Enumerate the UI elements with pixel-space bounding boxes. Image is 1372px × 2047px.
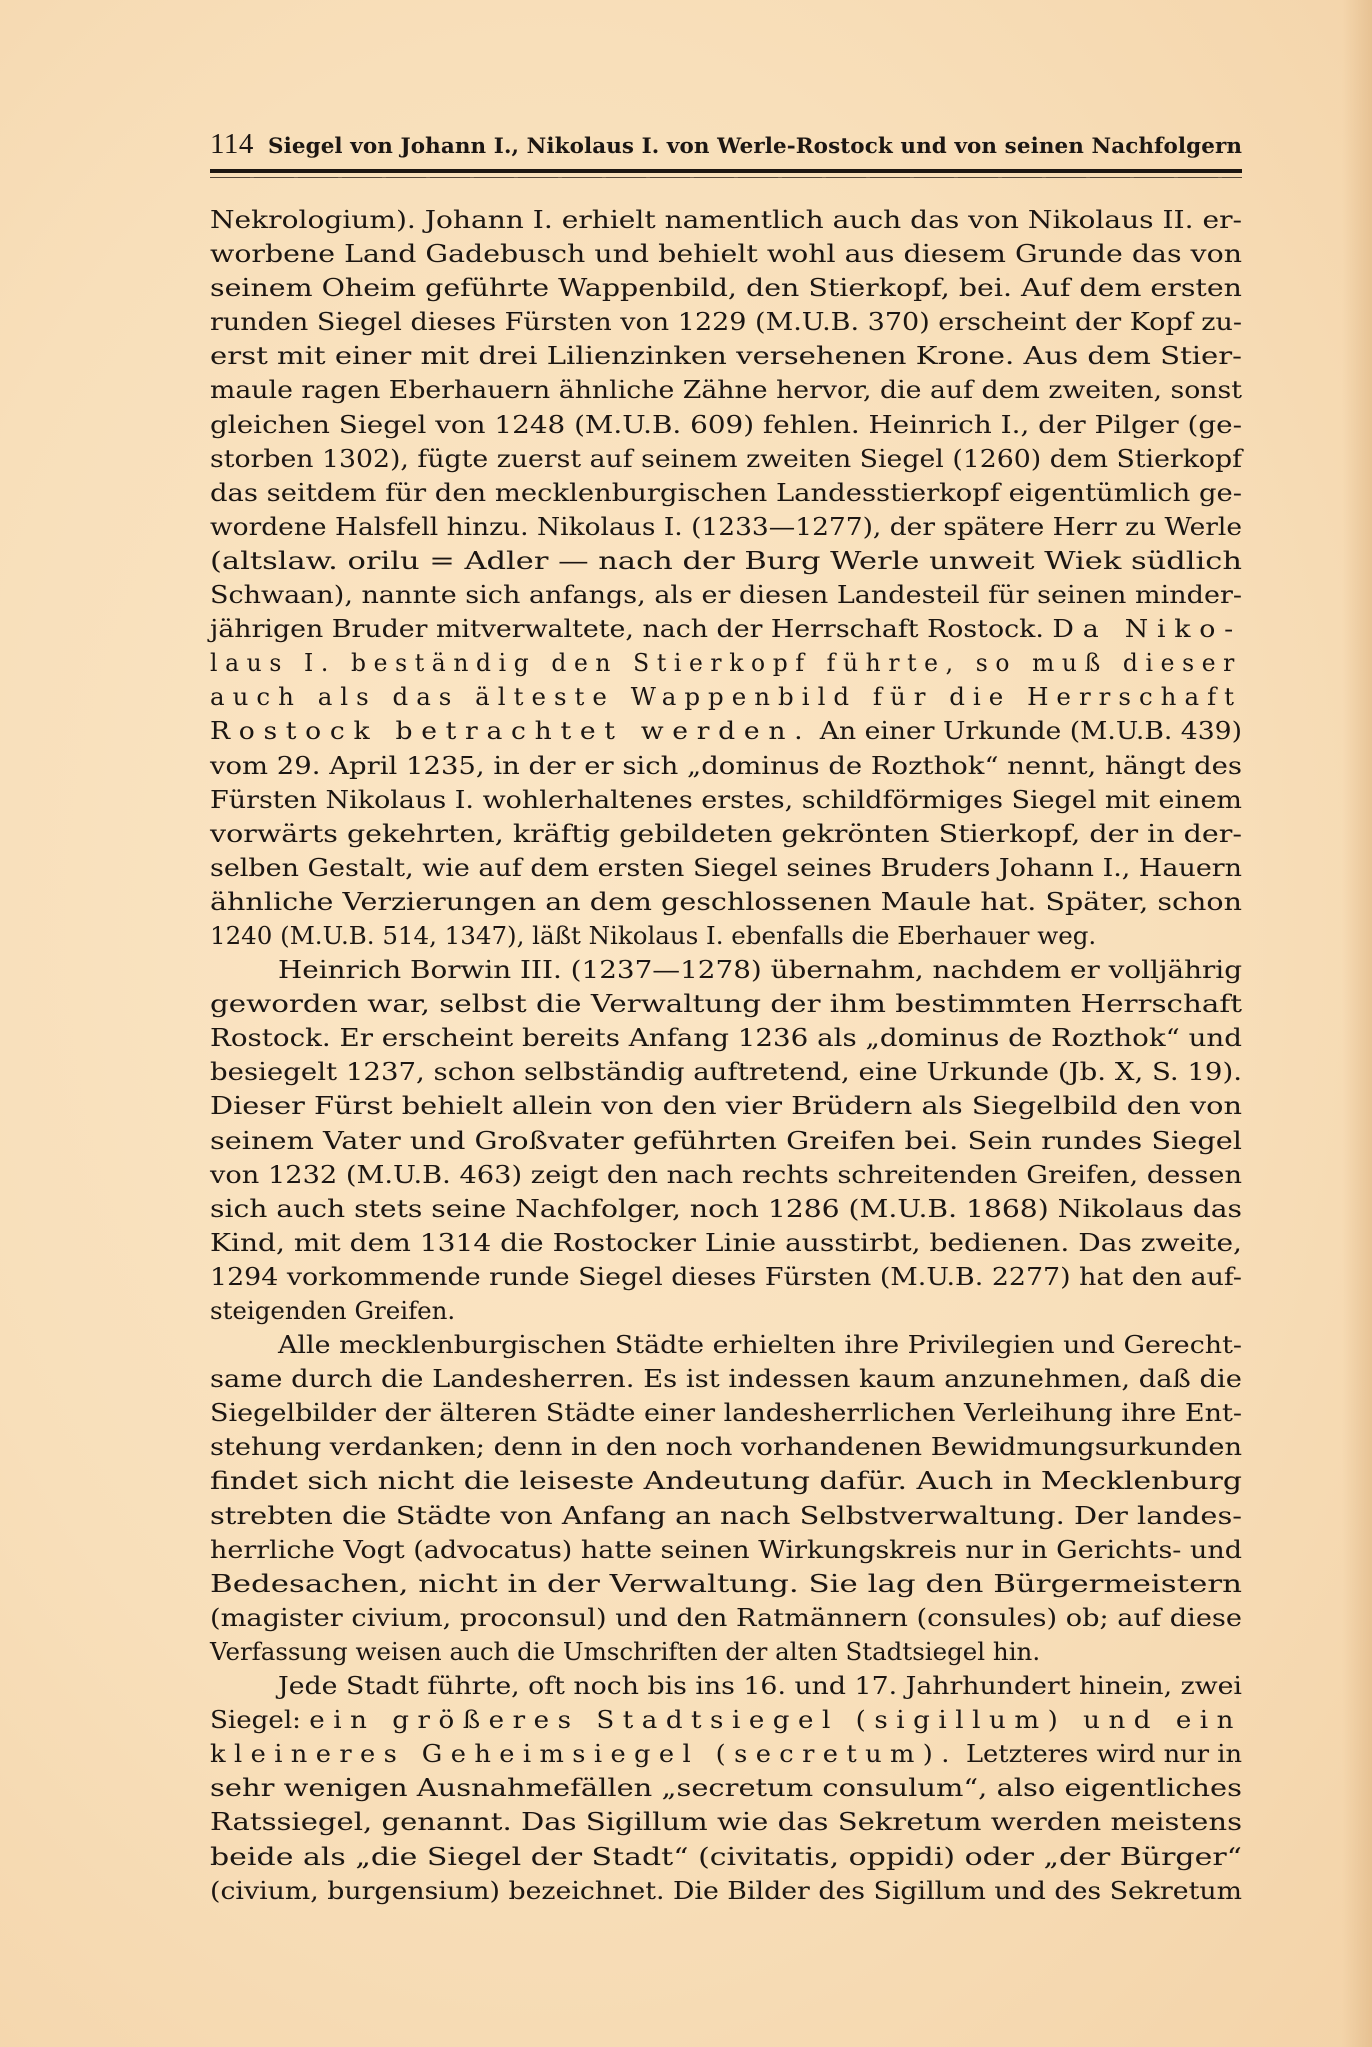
text-line: erst mit einer mit drei Lilienzinken ver…	[210, 339, 1242, 373]
text-run: Siegel:	[210, 1705, 309, 1734]
text-run: vorwärts gekehrten, kräftig gebildeten g…	[210, 819, 1242, 848]
paragraph: Jede Stadt führte, oft noch bis ins 16. …	[210, 1669, 1242, 1908]
text-run: gleichen Siegel von 1248 (M.U.B. 609) fe…	[210, 410, 1242, 439]
text-run: Ratssiegel, genannt. Das Sigillum wie da…	[210, 1807, 1242, 1836]
text-line: gleichen Siegel von 1248 (M.U.B. 609) fe…	[210, 408, 1242, 442]
text-run: Schwaan), nannte sich anfangs, als er di…	[210, 580, 1242, 609]
text-line: ähnliche Verzierungen an dem geschlossen…	[210, 885, 1242, 919]
text-run: steigenden Greifen.	[210, 1296, 455, 1325]
text-run: jährigen Bruder mitverwaltete, nach der …	[210, 614, 1052, 643]
text-line: maule ragen Eberhauern ähnliche Zähne he…	[210, 373, 1242, 407]
text-run: Letzteres wird nur in	[958, 1739, 1242, 1768]
text-run: worbene Land Gadebusch und behielt wohl …	[210, 239, 1242, 268]
text-run: findet sich nicht die leiseste Andeutung…	[210, 1466, 1242, 1495]
body-text: Nekrologium). Johann I. erhielt namentli…	[210, 203, 1242, 1908]
text-line: jährigen Bruder mitverwaltete, nach der …	[210, 612, 1242, 646]
text-line: seinem Vater und Großvater geführten Gre…	[210, 1124, 1242, 1158]
header-rule-thin	[210, 177, 1242, 178]
text-line: Rostock. Er erscheint bereits Anfang 123…	[210, 1021, 1242, 1055]
text-line: seinem Oheim geführte Wappenbild, den St…	[210, 271, 1242, 305]
text-line: vorwärts gekehrten, kräftig gebildeten g…	[210, 817, 1242, 851]
text-line: 1294 vorkommende runde Siegel dieses Für…	[210, 1260, 1242, 1294]
text-line: runden Siegel dieses Fürsten von 1229 (M…	[210, 305, 1242, 339]
spaced-emphasis: Da Niko-	[1052, 614, 1242, 643]
text-line: 1240 (M.U.B. 514, 1347), läßt Nikolaus I…	[210, 919, 1242, 953]
text-line: Heinrich Borwin III. (1237—1278) übernah…	[210, 953, 1242, 987]
text-line: von 1232 (M.U.B. 463) zeigt den nach rec…	[210, 1158, 1242, 1192]
text-line: Jede Stadt führte, oft noch bis ins 16. …	[210, 1669, 1242, 1703]
text-line: laus I. beständig den Stierkopf führte, …	[210, 646, 1242, 680]
text-line: Verfassung weisen auch die Umschriften d…	[210, 1635, 1242, 1669]
text-line: selben Gestalt, wie auf dem ersten Siege…	[210, 851, 1242, 885]
text-line: sich auch stets seine Nachfolger, noch 1…	[210, 1192, 1242, 1226]
text-run: strebten die Städte von Anfang an nach S…	[210, 1501, 1242, 1530]
text-line: kleineres Geheimsiegel (secretum). Letzt…	[210, 1737, 1242, 1771]
paragraph: Heinrich Borwin III. (1237—1278) übernah…	[210, 953, 1242, 1328]
text-run: Verfassung weisen auch die Umschriften d…	[210, 1637, 1040, 1666]
text-run: Jede Stadt führte, oft noch bis ins 16. …	[278, 1671, 1242, 1700]
paragraph: Nekrologium). Johann I. erhielt namentli…	[210, 203, 1242, 953]
page-number: 114	[210, 128, 254, 161]
text-run: beide als „die Siegel der Stadt“ (civita…	[210, 1842, 1242, 1871]
text-line: Alle mecklenburgischen Städte erhielten …	[210, 1328, 1242, 1362]
text-line: besiegelt 1237, schon selbständig auftre…	[210, 1055, 1242, 1089]
text-line: sehr wenigen Ausnahmefällen „secretum co…	[210, 1771, 1242, 1805]
text-run: sich auch stets seine Nachfolger, noch 1…	[210, 1194, 1242, 1223]
text-run: Bedesachen, nicht in der Verwaltung. Sie…	[210, 1569, 1242, 1598]
text-run: herrliche Vogt (advocatus) hatte seinen …	[210, 1535, 1242, 1564]
text-line: Schwaan), nannte sich anfangs, als er di…	[210, 578, 1242, 612]
text-run: das seitdem für den mecklenburgischen La…	[210, 478, 1242, 507]
text-line: Nekrologium). Johann I. erhielt namentli…	[210, 203, 1242, 237]
text-line: wordene Halsfell hinzu. Nikolaus I. (123…	[210, 510, 1242, 544]
running-title: Siegel von Johann I., Nikolaus I. von We…	[268, 134, 1242, 159]
text-run: selben Gestalt, wie auf dem ersten Siege…	[210, 853, 1242, 882]
text-run: seinem Vater und Großvater geführten Gre…	[210, 1126, 1242, 1155]
spaced-emphasis: kleineres Geheimsiegel (secretum).	[210, 1739, 958, 1768]
text-line: Rostock betrachtet werden. An einer Urku…	[210, 714, 1242, 748]
text-line: (civium, burgensium) bezeichnet. Die Bil…	[210, 1874, 1242, 1908]
text-run: Dieser Fürst behielt allein von den vier…	[210, 1091, 1242, 1120]
text-run: 1240 (M.U.B. 514, 1347), läßt Nikolaus I…	[210, 921, 1096, 950]
text-line: Fürsten Nikolaus I. wohlerhaltenes erste…	[210, 783, 1242, 817]
text-line: Siegel: ein größeres Stadtsiegel (sigill…	[210, 1703, 1242, 1737]
spaced-emphasis: auch als das älteste Wappenbild für die …	[210, 682, 1242, 711]
text-run: runden Siegel dieses Fürsten von 1229 (M…	[210, 307, 1242, 336]
text-line: stehung verdanken; denn in den noch vorh…	[210, 1430, 1242, 1464]
text-line: Dieser Fürst behielt allein von den vier…	[210, 1089, 1242, 1123]
text-line: geworden war, selbst die Verwaltung der …	[210, 987, 1242, 1021]
text-line: findet sich nicht die leiseste Andeutung…	[210, 1464, 1242, 1498]
text-run: vom 29. April 1235, in der er sich „domi…	[210, 751, 1242, 780]
text-line: das seitdem für den mecklenburgischen La…	[210, 476, 1242, 510]
text-line: Siegelbilder der älteren Städte einer la…	[210, 1396, 1242, 1430]
page-header: 114 Siegel von Johann I., Nikolaus I. vo…	[210, 128, 1242, 168]
text-run: storben 1302), fügte zuerst auf seinem z…	[210, 444, 1242, 473]
text-run: same durch die Landesherren. Es ist inde…	[210, 1364, 1242, 1393]
page-edge-shading	[1342, 0, 1372, 2047]
text-run: 1294 vorkommende runde Siegel dieses Für…	[210, 1262, 1242, 1291]
text-run: Alle mecklenburgischen Städte erhielten …	[278, 1330, 1242, 1359]
text-run: Fürsten Nikolaus I. wohlerhaltenes erste…	[210, 785, 1242, 814]
text-run: stehung verdanken; denn in den noch vorh…	[210, 1432, 1242, 1461]
text-run: von 1232 (M.U.B. 463) zeigt den nach rec…	[210, 1160, 1242, 1189]
text-run: wordene Halsfell hinzu. Nikolaus I. (123…	[210, 512, 1242, 541]
text-run: geworden war, selbst die Verwaltung der …	[210, 989, 1242, 1018]
text-run: (civium, burgensium) bezeichnet. Die Bil…	[210, 1876, 1242, 1905]
paragraph: Alle mecklenburgischen Städte erhielten …	[210, 1328, 1242, 1669]
text-line: auch als das älteste Wappenbild für die …	[210, 680, 1242, 714]
text-line: vom 29. April 1235, in der er sich „domi…	[210, 749, 1242, 783]
text-line: same durch die Landesherren. Es ist inde…	[210, 1362, 1242, 1396]
text-line: Kind, mit dem 1314 die Rostocker Linie a…	[210, 1226, 1242, 1260]
text-line: Ratssiegel, genannt. Das Sigillum wie da…	[210, 1805, 1242, 1839]
text-run: An einer Urkunde (M.U.B. 439)	[811, 716, 1242, 745]
header-rule-thick	[210, 169, 1242, 173]
text-run: Heinrich Borwin III. (1237—1278) übernah…	[278, 955, 1242, 984]
text-line: (magister civium, proconsul) und den Rat…	[210, 1601, 1242, 1635]
text-run: seinem Oheim geführte Wappenbild, den St…	[210, 273, 1242, 302]
text-line: strebten die Städte von Anfang an nach S…	[210, 1499, 1242, 1533]
text-line: (altslaw. orilu = Adler — nach der Burg …	[210, 544, 1242, 578]
text-run: sehr wenigen Ausnahmefällen „secretum co…	[210, 1773, 1242, 1802]
text-run: (magister civium, proconsul) und den Rat…	[210, 1603, 1242, 1632]
text-line: Bedesachen, nicht in der Verwaltung. Sie…	[210, 1567, 1242, 1601]
text-run: maule ragen Eberhauern ähnliche Zähne he…	[210, 375, 1242, 404]
spaced-emphasis: Rostock betrachtet werden.	[210, 716, 811, 745]
text-run: Rostock. Er erscheint bereits Anfang 123…	[210, 1023, 1242, 1052]
text-run: Siegelbilder der älteren Städte einer la…	[210, 1398, 1242, 1427]
text-line: herrliche Vogt (advocatus) hatte seinen …	[210, 1533, 1242, 1567]
text-run: erst mit einer mit drei Lilienzinken ver…	[210, 341, 1242, 370]
text-line: worbene Land Gadebusch und behielt wohl …	[210, 237, 1242, 271]
text-line: beide als „die Siegel der Stadt“ (civita…	[210, 1840, 1242, 1874]
spaced-emphasis: laus I. beständig den Stierkopf führte, …	[210, 648, 1242, 677]
text-run: besiegelt 1237, schon selbständig auftre…	[210, 1057, 1242, 1086]
text-run: ähnliche Verzierungen an dem geschlossen…	[210, 887, 1242, 916]
spaced-emphasis: ein größeres Stadtsiegel (sigillum) und …	[309, 1705, 1242, 1734]
text-run: Kind, mit dem 1314 die Rostocker Linie a…	[210, 1228, 1242, 1257]
text-run: Nekrologium). Johann I. erhielt namentli…	[210, 205, 1242, 234]
text-line: steigenden Greifen.	[210, 1294, 1242, 1328]
text-run: (altslaw. orilu = Adler — nach der Burg …	[210, 546, 1242, 575]
text-line: storben 1302), fügte zuerst auf seinem z…	[210, 442, 1242, 476]
